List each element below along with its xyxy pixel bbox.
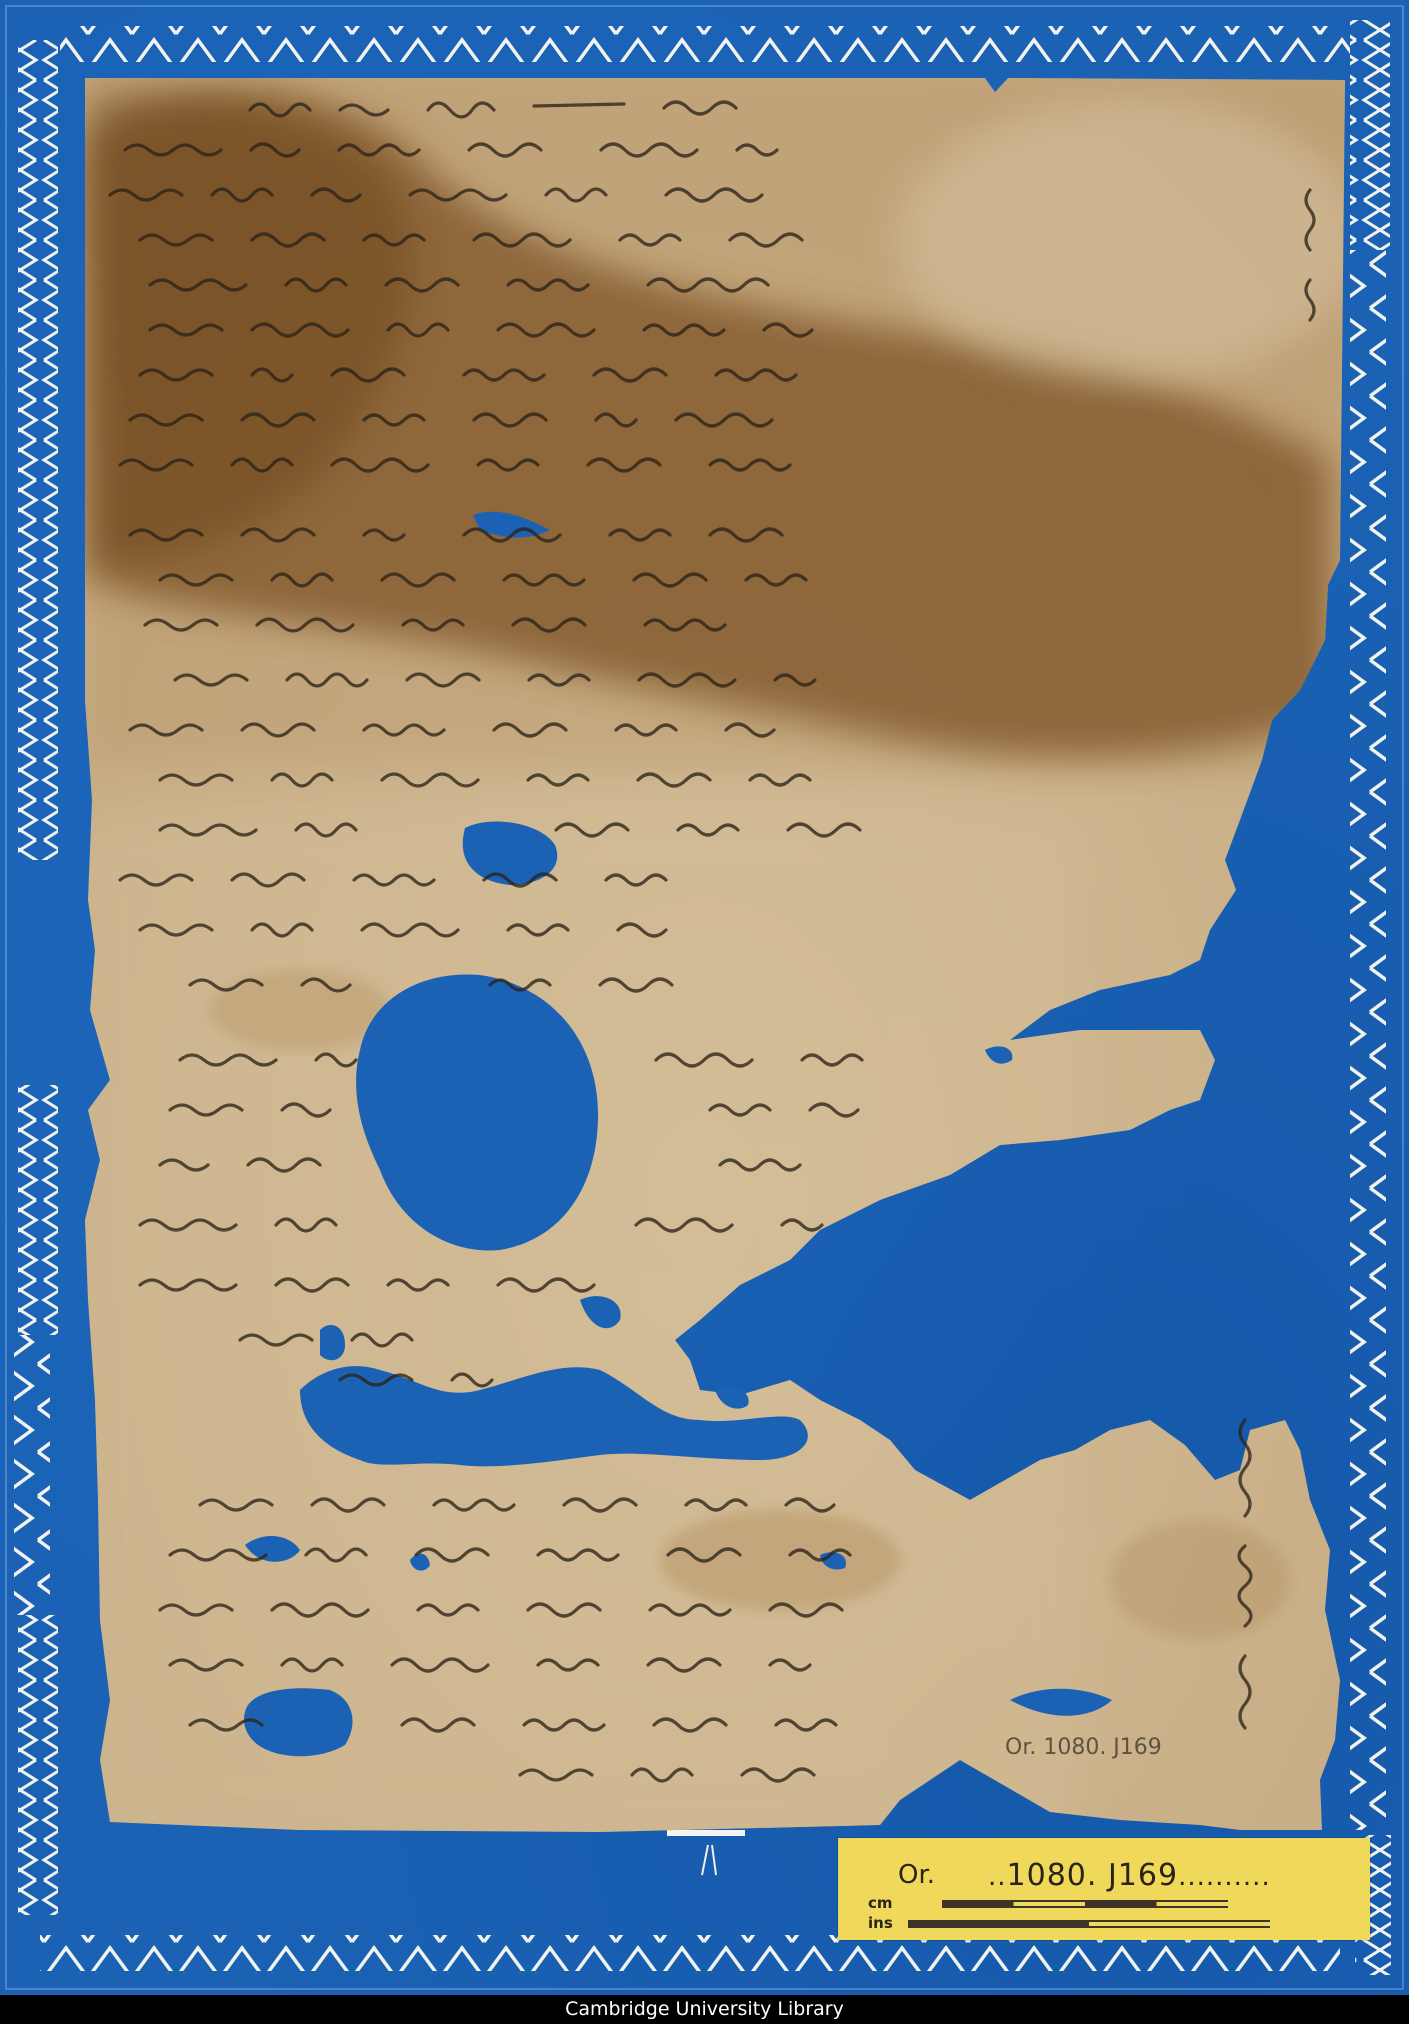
manuscript-fragment — [0, 0, 1409, 1995]
inch-scale-bar — [908, 1920, 1270, 1928]
label-prefix: Or. — [898, 1860, 935, 1890]
label-shelfmark: 1080. J169 — [1007, 1858, 1179, 1893]
cm-scale-bar — [942, 1900, 1228, 1908]
pencil-shelfmark: Or. 1080. J169 — [1005, 1735, 1162, 1760]
blue-mount-board: Or. 1080. J169 Or. ..1080. J169.........… — [0, 0, 1409, 1995]
scale-unit-ins: ins — [868, 1914, 893, 1932]
label-shelfmark-line: ..1080. J169.......... — [988, 1858, 1271, 1893]
scale-unit-cm: cm — [868, 1894, 893, 1912]
shelfmark-label: Or. ..1080. J169.......... cm ins — [838, 1838, 1370, 1940]
library-caption: Cambridge University Library — [0, 1995, 1409, 2024]
